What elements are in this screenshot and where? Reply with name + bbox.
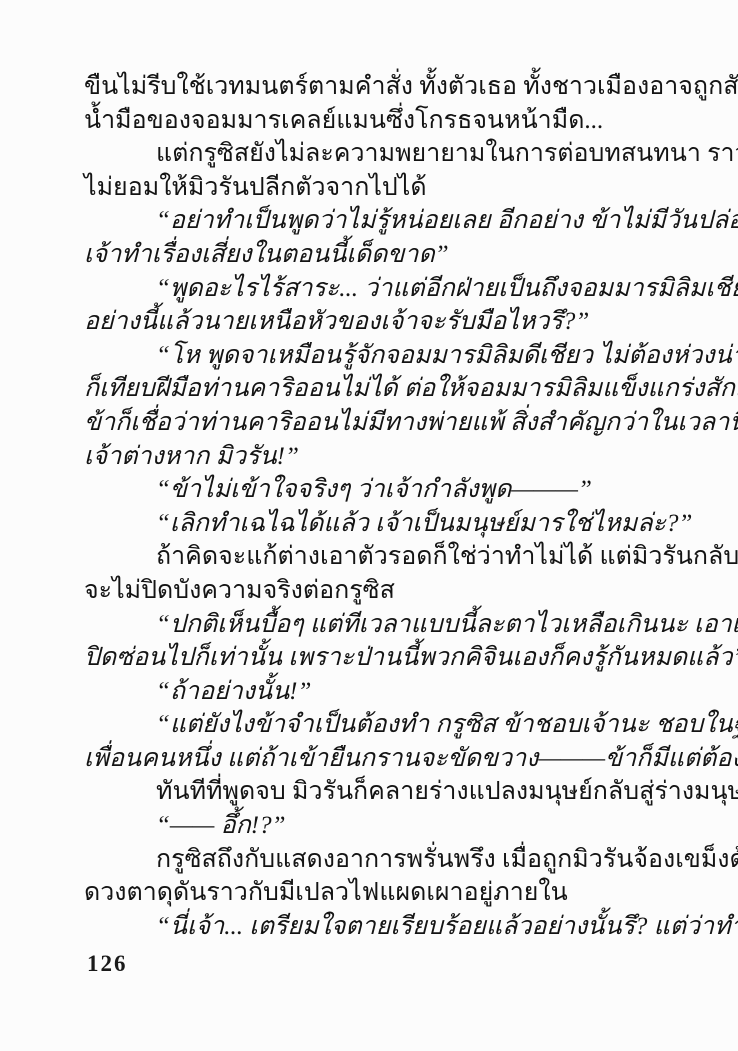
text-line: “อย่าทำเป็นพูดว่าไม่รู้หน่อยเลย อีกอย่าง… [84, 204, 670, 238]
text-line: “แต่ยังไงข้าจำเป็นต้องทำ กรูซิส ข้าชอบเจ… [84, 708, 670, 742]
text-line: เพื่อนคนหนึ่ง แต่ถ้าเข้ายืนกรานจะขัดขวาง… [84, 742, 670, 776]
text-line: ดวงตาดุดันราวกับมีเปลวไฟแผดเผาอยู่ภายใน [84, 876, 670, 910]
text-line: “ถ้าอย่างนั้น!” [84, 675, 670, 709]
text-line: อย่างนี้แล้วนายเหนือหัวของเจ้าจะรับมือไห… [84, 305, 670, 339]
text-line: ข้าก็เชื่อว่าท่านคาริออนไม่มีทางพ่ายแพ้ … [84, 406, 670, 440]
text-line: “—— อึ้ก!?” [84, 809, 670, 843]
text-line: “ข้าไม่เข้าใจจริงๆ ว่าเจ้ากำลังพูด———” [84, 473, 670, 507]
text-line: แต่กรูซิสยังไม่ละความพยายามในการต่อบทสนท… [84, 137, 670, 171]
text-line: “เลิกทำเฉไฉได้แล้ว เจ้าเป็นมนุษย์มารใช่ไ… [84, 507, 670, 541]
text-line: “พูดอะไรไร้สาระ... ว่าแต่อีกฝ่ายเป็นถึงจ… [84, 272, 670, 306]
text-line: ขืนไม่รีบใช้เวทมนตร์ตามคำสั่ง ทั้งตัวเธอ… [84, 70, 670, 104]
text-line: ไม่ยอมให้มิวรันปลีกตัวจากไปได้ [84, 171, 670, 205]
page-text: ขืนไม่รีบใช้เวทมนตร์ตามคำสั่ง ทั้งตัวเธอ… [84, 70, 670, 943]
page-number: 126 [87, 951, 128, 977]
book-page: ขืนไม่รีบใช้เวทมนตร์ตามคำสั่ง ทั้งตัวเธอ… [0, 0, 738, 1051]
text-line: “ปกติเห็นบื้อๆ แต่ทีเวลาแบบนี้ละตาไวเหลื… [84, 608, 670, 642]
text-line: น้ำมือของจอมมารเคลย์แมนซึ่งโกรธจนหน้ามืด… [84, 104, 670, 138]
text-line: จะไม่ปิดบังความจริงต่อกรูซิส [84, 574, 670, 608]
text-line: เจ้าต่างหาก มิวรัน!” [84, 440, 670, 474]
text-line: ถ้าคิดจะแก้ต่างเอาตัวรอดก็ใช่ว่าทำไม่ได้… [84, 540, 670, 574]
text-line: “นี่เจ้า... เตรียมใจตายเรียบร้อยแล้วอย่า… [84, 910, 670, 944]
text-line: ก็เทียบฝีมือท่านคาริออนไม่ได้ ต่อให้จอมม… [84, 372, 670, 406]
text-line: กรูซิสถึงกับแสดงอาการพรั่นพรึง เมื่อถูกม… [84, 843, 670, 877]
text-line: “โห พูดจาเหมือนรู้จักจอมมารมิลิมดีเชียว … [84, 339, 670, 373]
text-line: ทันทีที่พูดจบ มิวรันก็คลายร่างแปลงมนุษย์… [84, 775, 670, 809]
text-line: ปิดซ่อนไปก็เท่านั้น เพราะป่านนี้พวกคิจิน… [84, 641, 670, 675]
text-line: เจ้าทำเรื่องเสี่ยงในตอนนี้เด็ดขาด” [84, 238, 670, 272]
